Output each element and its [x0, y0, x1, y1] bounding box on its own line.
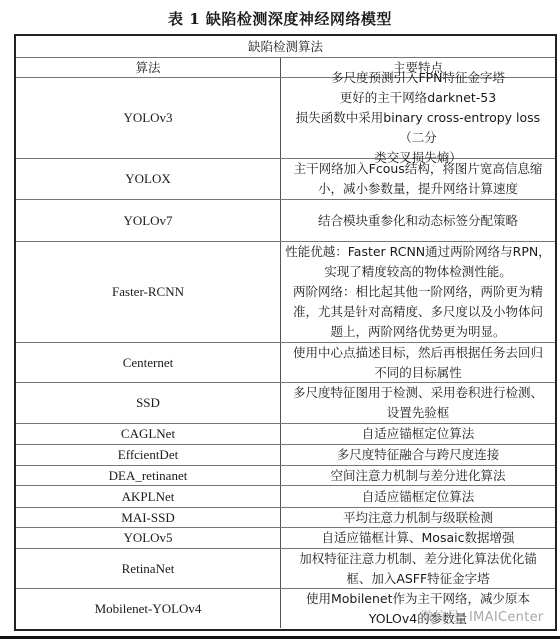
feature-line: 性能优越：Faster RCNN通过两阶网络与RPN，: [285, 242, 551, 262]
model-table: 缺陷检测算法 算法 主要特点 YOLOv3多尺度预测引入FPN特征金字塔更好的主…: [14, 34, 557, 631]
features-cell: 自适应锚框计算、Mosaic数据增强: [281, 528, 555, 548]
table-row: RetinaNet加权特征注意力机制、差分进化算法优化锚框、加入ASFF特征金字…: [16, 549, 555, 589]
table-row: AKPLNet自适应锚框定位算法: [16, 486, 555, 508]
algorithm-cell: EffcientDet: [16, 445, 281, 465]
table-caption: 表 1 缺陷检测深度神经网络模型: [0, 8, 560, 29]
table-row: YOLOv3多尺度预测引入FPN特征金字塔更好的主干网络darknet-53损失…: [16, 78, 555, 159]
feature-line: 实现了精度较高的物体检测性能。: [324, 262, 512, 282]
features-cell: 自适应锚框定位算法: [281, 486, 555, 507]
group-header-row: 缺陷检测算法: [16, 36, 555, 58]
algorithm-cell: Centernet: [16, 343, 281, 382]
algorithm-cell: AKPLNet: [16, 486, 281, 507]
feature-line: 多尺度特征图用于检测、采用卷积进行检测、: [293, 383, 543, 403]
feature-line: 空间注意力机制与差分进化算法: [330, 466, 505, 486]
table-row: YOLOv5自适应锚框计算、Mosaic数据增强: [16, 528, 555, 549]
page-bottom-rule: [0, 636, 560, 639]
algorithm-cell: YOLOv5: [16, 528, 281, 548]
feature-line: 自适应锚框定位算法: [362, 487, 475, 507]
algorithm-cell: RetinaNet: [16, 549, 281, 588]
feature-line: 准，尤其是针对高精度、多尺度以及小物体问: [293, 302, 543, 322]
feature-line: 设置先验框: [387, 403, 450, 423]
algorithm-cell: YOLOX: [16, 159, 281, 199]
feature-line: 损失函数中采用binary cross-entropy loss（二分: [285, 108, 551, 148]
feature-line: 不同的目标属性: [374, 363, 462, 383]
algorithm-cell: Faster-RCNN: [16, 242, 281, 342]
algorithm-cell: YOLOv3: [16, 78, 281, 158]
feature-line: 框、加入ASFF特征金字塔: [346, 569, 489, 589]
features-cell: 多尺度预测引入FPN特征金字塔更好的主干网络darknet-53损失函数中采用b…: [281, 78, 555, 158]
feature-line: 结合模块重参化和动态标签分配策略: [318, 211, 518, 231]
algorithm-cell: MAI-SSD: [16, 508, 281, 527]
table-row: MAI-SSD平均注意力机制与级联检测: [16, 508, 555, 528]
feature-line: 加权特征注意力机制、差分进化算法优化锚: [299, 549, 537, 569]
feature-line: 使用中心点描述目标，然后再根据任务去回归: [293, 343, 543, 363]
table-row: SSD多尺度特征图用于检测、采用卷积进行检测、设置先验框: [16, 383, 555, 424]
features-cell: 主干网络加入Fcous结构，将图片宽高信息缩小，减小参数量，提升网络计算速度: [281, 159, 555, 199]
features-cell: 多尺度特征融合与跨尺度连接: [281, 445, 555, 465]
feature-line: 多尺度特征融合与跨尺度连接: [337, 445, 500, 465]
features-cell: 加权特征注意力机制、差分进化算法优化锚框、加入ASFF特征金字塔: [281, 549, 555, 588]
feature-line: 更好的主干网络darknet-53: [340, 88, 496, 108]
feature-line: 多尺度预测引入FPN特征金字塔: [331, 68, 505, 88]
feature-line: 自适应锚框计算、Mosaic数据增强: [322, 528, 515, 548]
feature-line: 小，减小参数量，提升网络计算速度: [318, 179, 518, 199]
table-row: YOLOX主干网络加入Fcous结构，将图片宽高信息缩小，减小参数量，提升网络计…: [16, 159, 555, 200]
table-row: CAGLNet自适应锚框定位算法: [16, 424, 555, 445]
feature-line: 题上，两阶网络优势更为明显。: [330, 322, 505, 342]
table-row: Centernet使用中心点描述目标，然后再根据任务去回归不同的目标属性: [16, 343, 555, 383]
features-cell: 结合模块重参化和动态标签分配策略: [281, 200, 555, 241]
table-row: DEA_retinanet空间注意力机制与差分进化算法: [16, 466, 555, 486]
feature-line: 自适应锚框定位算法: [362, 424, 475, 444]
features-cell: 性能优越：Faster RCNN通过两阶网络与RPN，实现了精度较高的物体检测性…: [281, 242, 555, 342]
features-cell: 自适应锚框定位算法: [281, 424, 555, 444]
table-row: YOLOv7结合模块重参化和动态标签分配策略: [16, 200, 555, 242]
table-row: EffcientDet多尺度特征融合与跨尺度连接: [16, 445, 555, 466]
group-header: 缺陷检测算法: [16, 36, 555, 57]
algorithm-cell: CAGLNet: [16, 424, 281, 444]
algorithm-cell: DEA_retinanet: [16, 466, 281, 485]
algorithm-cell: SSD: [16, 383, 281, 423]
features-cell: 多尺度特征图用于检测、采用卷积进行检测、设置先验框: [281, 383, 555, 423]
algorithm-cell: YOLOv7: [16, 200, 281, 241]
feature-line: 主干网络加入Fcous结构，将图片宽高信息缩: [294, 159, 543, 179]
feature-line: 平均注意力机制与级联检测: [343, 508, 493, 528]
features-cell: 空间注意力机制与差分进化算法: [281, 466, 555, 485]
features-cell: 平均注意力机制与级联检测: [281, 508, 555, 527]
feature-line: 两阶网络：相比起其他一阶网络，两阶更为精: [293, 282, 543, 302]
column-header-algorithm: 算法: [16, 58, 281, 77]
algorithm-cell: Mobilenet-YOLOv4: [16, 589, 281, 628]
watermark: 微信号: IMAICenter: [420, 606, 544, 625]
features-cell: 使用中心点描述目标，然后再根据任务去回归不同的目标属性: [281, 343, 555, 382]
table-row: Faster-RCNN性能优越：Faster RCNN通过两阶网络与RPN，实现…: [16, 242, 555, 343]
